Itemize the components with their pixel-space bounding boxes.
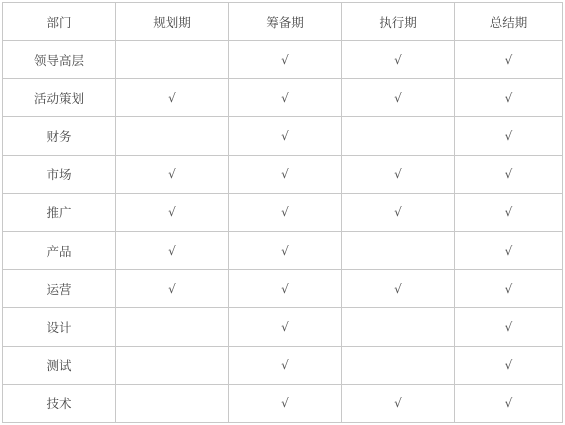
- department-name: 设计: [3, 308, 116, 346]
- check-icon-summary: √: [455, 346, 563, 384]
- check-icon-execution: √: [342, 41, 455, 79]
- check-icon-summary: √: [455, 41, 563, 79]
- header-department: 部门: [3, 3, 116, 41]
- check-icon-planning: √: [116, 231, 229, 269]
- empty-cell-planning: [116, 117, 229, 155]
- empty-cell-execution: [342, 117, 455, 155]
- check-icon-preparation: √: [229, 308, 342, 346]
- check-icon-execution: √: [342, 155, 455, 193]
- department-name: 运营: [3, 270, 116, 308]
- table-row: 推广√√√√: [3, 193, 563, 231]
- table-row: 技术√√√: [3, 384, 563, 422]
- check-icon-execution: √: [342, 79, 455, 117]
- department-name: 推广: [3, 193, 116, 231]
- header-summary: 总结期: [455, 3, 563, 41]
- check-icon-summary: √: [455, 384, 563, 422]
- department-name: 领导高层: [3, 41, 116, 79]
- table-row: 活动策划√√√√: [3, 79, 563, 117]
- department-name: 活动策划: [3, 79, 116, 117]
- department-name: 技术: [3, 384, 116, 422]
- header-execution: 执行期: [342, 3, 455, 41]
- table-row: 财务√√: [3, 117, 563, 155]
- table-row: 测试√√: [3, 346, 563, 384]
- department-name: 财务: [3, 117, 116, 155]
- check-icon-planning: √: [116, 270, 229, 308]
- check-icon-summary: √: [455, 308, 563, 346]
- check-icon-summary: √: [455, 193, 563, 231]
- check-icon-preparation: √: [229, 270, 342, 308]
- check-icon-preparation: √: [229, 231, 342, 269]
- table-row: 产品√√√: [3, 231, 563, 269]
- check-icon-summary: √: [455, 117, 563, 155]
- check-icon-summary: √: [455, 155, 563, 193]
- empty-cell-execution: [342, 231, 455, 269]
- check-icon-preparation: √: [229, 384, 342, 422]
- check-icon-execution: √: [342, 193, 455, 231]
- empty-cell-planning: [116, 346, 229, 384]
- table-row: 设计√√: [3, 308, 563, 346]
- check-icon-summary: √: [455, 270, 563, 308]
- department-phase-table: 部门 规划期 筹备期 执行期 总结期 领导高层√√√活动策划√√√√财务√√市场…: [2, 2, 563, 423]
- empty-cell-planning: [116, 308, 229, 346]
- header-planning: 规划期: [116, 3, 229, 41]
- department-name: 测试: [3, 346, 116, 384]
- check-icon-preparation: √: [229, 346, 342, 384]
- check-icon-preparation: √: [229, 155, 342, 193]
- header-preparation: 筹备期: [229, 3, 342, 41]
- table-row: 领导高层√√√: [3, 41, 563, 79]
- empty-cell-planning: [116, 384, 229, 422]
- check-icon-preparation: √: [229, 193, 342, 231]
- check-icon-execution: √: [342, 270, 455, 308]
- department-name: 产品: [3, 231, 116, 269]
- header-row: 部门 规划期 筹备期 执行期 总结期: [3, 3, 563, 41]
- check-icon-execution: √: [342, 384, 455, 422]
- check-icon-preparation: √: [229, 79, 342, 117]
- empty-cell-planning: [116, 41, 229, 79]
- check-icon-planning: √: [116, 79, 229, 117]
- check-icon-preparation: √: [229, 41, 342, 79]
- check-icon-planning: √: [116, 193, 229, 231]
- empty-cell-execution: [342, 346, 455, 384]
- table-row: 运营√√√√: [3, 270, 563, 308]
- check-icon-summary: √: [455, 79, 563, 117]
- department-name: 市场: [3, 155, 116, 193]
- empty-cell-execution: [342, 308, 455, 346]
- check-icon-planning: √: [116, 155, 229, 193]
- check-icon-preparation: √: [229, 117, 342, 155]
- check-icon-summary: √: [455, 231, 563, 269]
- table-row: 市场√√√√: [3, 155, 563, 193]
